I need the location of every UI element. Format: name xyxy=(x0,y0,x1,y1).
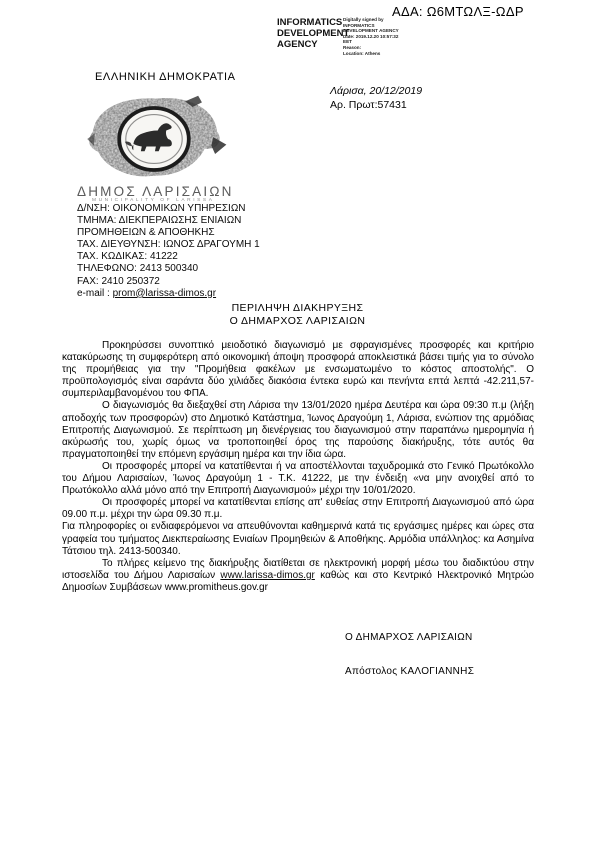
paragraph-offer-direct: Οι προσφορές μπορεί να κατατίθενται επίσ… xyxy=(62,497,534,521)
city-date: Λάρισα, 20/12/2019 xyxy=(330,84,422,98)
postal-code-line: ΤΑΧ. ΚΩΔΙΚΑΣ: 41222 xyxy=(77,251,260,263)
email-line: e-mail : prom@larissa-dimos.gr xyxy=(77,288,260,300)
signature-title: Ο ΔΗΜΑΡΧΟΣ ΛΑΡΙΣΑΙΩΝ xyxy=(345,632,474,643)
announcement-body: Προκηρύσσει συνοπτικό μειοδοτικό διαγωνι… xyxy=(62,340,534,594)
hellenic-republic-heading: ΕΛΛΗΝΙΚΗ ΔΗΜΟΚΡΑΤΙΑ xyxy=(95,71,236,83)
signing-agency-name: INFORMATICS DEVELOPMENT AGENCY xyxy=(277,17,339,50)
phone-line: ΤΗΛΕΦΩΝΟ: 2413 500340 xyxy=(77,263,260,275)
paragraph-offer-submission: Οι προσφορές μπορεί να κατατίθενται ή να… xyxy=(62,461,534,497)
postal-address-line: ΤΑΧ. ΔΙΕΥΘΥΝΣΗ: ΙΩΝΟΣ ΔΡΑΓΟΥΜΗ 1 xyxy=(77,239,260,251)
municipality-website-link[interactable]: www.larissa-dimos.gr xyxy=(220,570,314,581)
summary-title: ΠΕΡΙΛΗΨΗ ΔΙΑΚΗΡΥΞΗΣ xyxy=(0,302,595,315)
municipality-name: ΔΗΜΟΣ ΛΑΡΙΣΑΙΩΝ xyxy=(77,184,234,199)
protocol-number: Αρ. Πρωτ:57431 xyxy=(330,98,422,112)
paragraph-tender-date: Ο διαγωνισμός θα διεξαχθεί στη Λάρισα τη… xyxy=(62,400,534,460)
fax-line: FAX: 2410 250372 xyxy=(77,276,260,288)
mayor-name: Απόστολος ΚΑΛΟΓΙΑΝΝΗΣ xyxy=(345,666,474,677)
signature-details: Digitally signed by INFORMATICS DEVELOPM… xyxy=(343,17,423,56)
department-address-block: Δ/ΝΣΗ: ΟΙΚΟΝΟΜΙΚΩΝ ΥΠΗΡΕΣΙΩΝ ΤΜΗΜΑ: ΔΙΕΚ… xyxy=(77,203,260,300)
paragraph-full-text: Το πλήρες κείμενο της διακήρυξης διατίθε… xyxy=(62,558,534,594)
paragraph-procurement: Προκηρύσσει συνοπτικό μειοδοτικό διαγωνι… xyxy=(62,340,534,400)
document-titles: ΠΕΡΙΛΗΨΗ ΔΙΑΚΗΡΥΞΗΣ Ο ΔΗΜΑΡΧΟΣ ΛΑΡΙΣΑΙΩΝ xyxy=(0,302,595,328)
paragraph-information: Για πληροφορίες οι ενδιαφερόμενοι να απε… xyxy=(62,521,534,557)
email-link[interactable]: prom@larissa-dimos.gr xyxy=(113,288,217,299)
email-label: e-mail : xyxy=(77,288,113,299)
signature-block: Ο ΔΗΜΑΡΧΟΣ ΛΑΡΙΣΑΙΩΝ Απόστολος ΚΑΛΟΓΙΑΝΝ… xyxy=(345,632,474,677)
department-line: ΤΜΗΜΑ: ΔΙΕΚΠΕΡΑΙΩΣΗΣ ΕΝΙΑΙΩΝ xyxy=(77,215,260,227)
municipality-horse-coin-logo xyxy=(73,92,235,186)
department-line2: ΠΡΟΜΗΘΕΙΩΝ & ΑΠΟΘΗΚΗΣ xyxy=(77,227,260,239)
mayor-title: Ο ΔΗΜΑΡΧΟΣ ΛΑΡΙΣΑΙΩΝ xyxy=(0,315,595,328)
document-page: ΑΔΑ: Ω6ΜΤΩΛΞ-ΩΔΡ INFORMATICS DEVELOPMENT… xyxy=(0,0,595,842)
digital-signature-stamp: INFORMATICS DEVELOPMENT AGENCY Digitally… xyxy=(277,17,427,56)
directorate-line: Δ/ΝΣΗ: ΟΙΚΟΝΟΜΙΚΩΝ ΥΠΗΡΕΣΙΩΝ xyxy=(77,203,260,215)
date-protocol-block: Λάρισα, 20/12/2019 Αρ. Πρωτ:57431 xyxy=(330,84,422,112)
